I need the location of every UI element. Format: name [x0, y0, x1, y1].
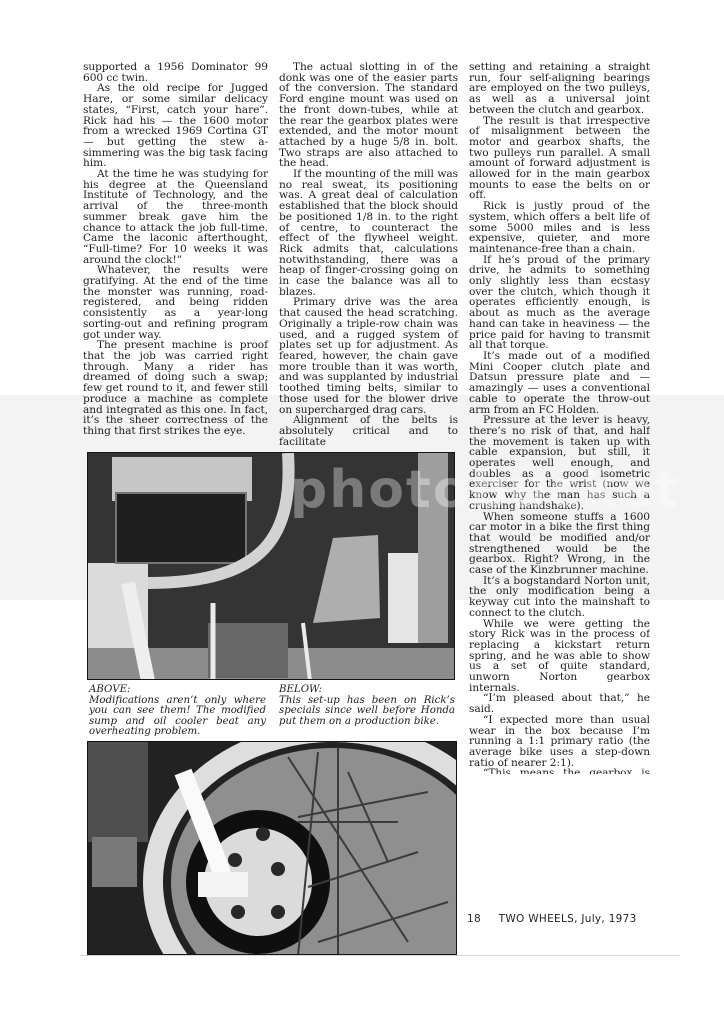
- wheel-photo-illustration: [88, 742, 457, 955]
- paragraph: Rick is justly proud of the system, whic…: [469, 201, 650, 255]
- caption-text: Modifications aren’t only where you can …: [89, 695, 266, 738]
- paragraph: If he’s proud of the primary drive, he a…: [469, 255, 650, 351]
- article-column-3: setting and retaining a straight run, fo…: [469, 62, 650, 774]
- paragraph: While we were getting the story Rick was…: [469, 619, 650, 694]
- paragraph: Whatever, the results were gratifying. A…: [83, 265, 268, 340]
- engine-photo-illustration: [88, 453, 455, 680]
- paragraph: As the old recipe for Jugged Hare, or so…: [83, 83, 268, 169]
- photo-sump-oil-cooler: [87, 452, 455, 680]
- paragraph: The present machine is proof that the jo…: [83, 340, 268, 436]
- paragraph: Pressure at the lever is heavy, there’s …: [469, 415, 650, 511]
- publication-info: TWO WHEELS, July, 1973: [499, 913, 637, 925]
- paragraph: At the time he was studying for his degr…: [83, 169, 268, 265]
- bottom-rule: [80, 955, 680, 956]
- paragraph: The actual slotting in of the donk was o…: [279, 62, 458, 169]
- paragraph: “I’m pleased about that,” he said.: [469, 693, 650, 714]
- paragraph: When someone stuffs a 1600 car motor in …: [469, 512, 650, 576]
- paragraph: The result is that irrespective of misal…: [469, 116, 650, 202]
- caption-text: This set-up has been on Rick’s specials …: [279, 695, 455, 727]
- paragraph: Alignment of the belts is absolutely cri…: [279, 415, 458, 447]
- article-column-2: The actual slotting in of the donk was o…: [279, 62, 458, 447]
- paragraph: “I expected more than usual wear in the …: [469, 715, 650, 769]
- paragraph: It’s a bogstandard Norton unit, the only…: [469, 576, 650, 619]
- paragraph: It’s made out of a modified Mini Cooper …: [469, 351, 650, 415]
- page-number: 18: [467, 913, 481, 925]
- caption-below: BELOW: This set-up has been on Rick’s sp…: [279, 685, 455, 727]
- page-footer: 18 TWO WHEELS, July, 1973: [467, 913, 637, 925]
- paragraph: setting and retaining a straight run, fo…: [469, 62, 650, 116]
- article-column-1: supported a 1956 Dominator 99 600 cc twi…: [83, 62, 268, 437]
- paragraph: supported a 1956 Dominator 99 600 cc twi…: [83, 62, 268, 83]
- caption-above: ABOVE: Modifications aren’t only where y…: [89, 685, 266, 738]
- paragraph: If the mounting of the mill was no real …: [279, 169, 458, 297]
- photo-disc-brake-wheel: [87, 741, 457, 955]
- paragraph: “This means the gearbox is spinning at t…: [469, 768, 650, 774]
- paragraph: Primary drive was the area that caused t…: [279, 297, 458, 415]
